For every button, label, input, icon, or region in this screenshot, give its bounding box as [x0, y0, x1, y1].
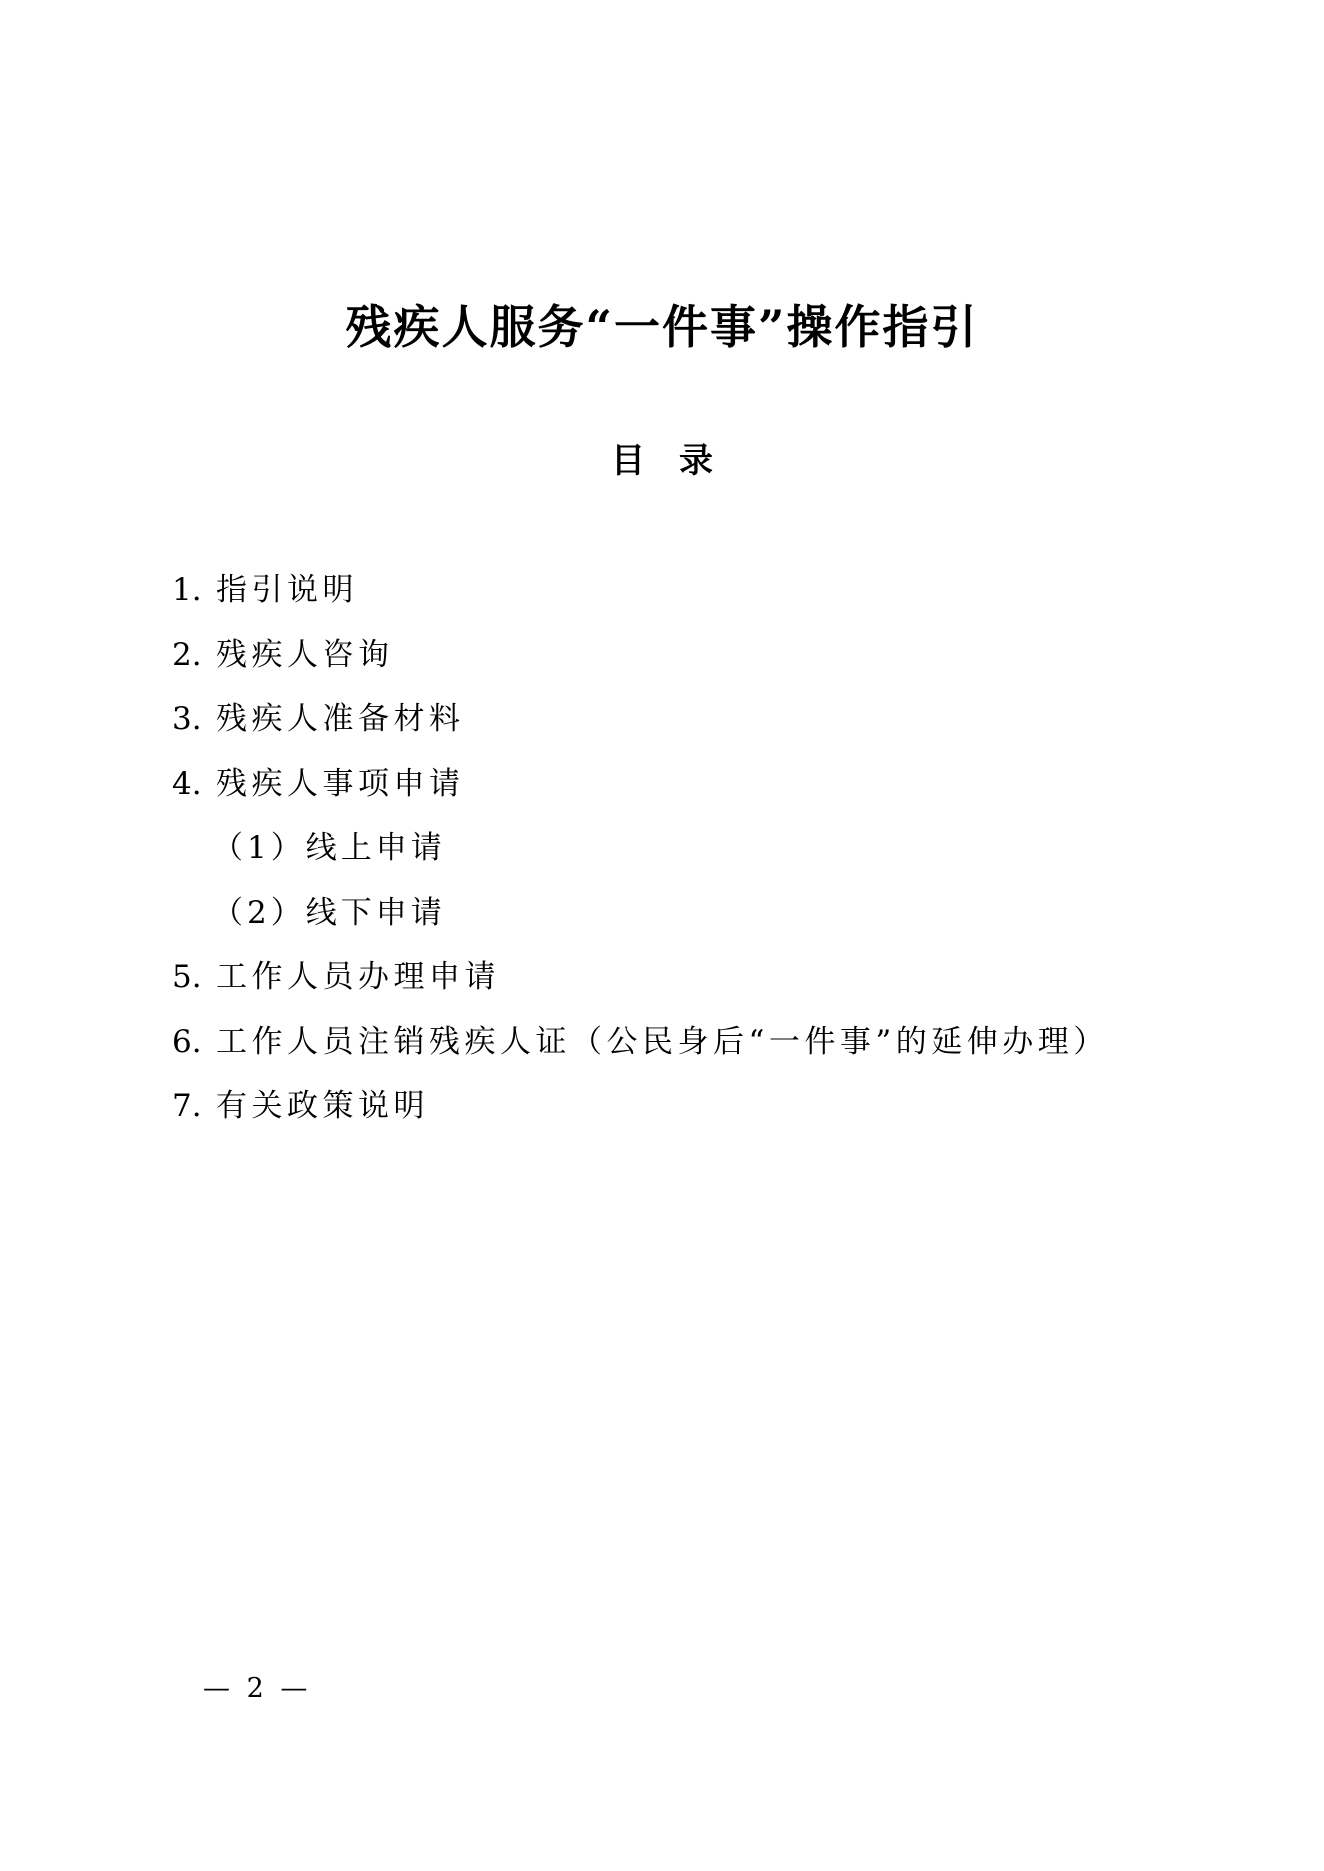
toc-item-number: 2.	[172, 623, 202, 688]
toc-item-number: 3.	[172, 687, 202, 752]
toc-list: 1.指引说明 2.残疾人咨询 3.残疾人准备材料 4.残疾人事项申请 （1）线上…	[172, 558, 1182, 1139]
page-number: — 2 —	[203, 1672, 311, 1706]
toc-item-1: 1.指引说明	[172, 558, 1182, 623]
document-page: 残疾人服务“一件事”操作指引 目 录 1.指引说明 2.残疾人咨询 3.残疾人准…	[0, 0, 1324, 1871]
toc-item-3: 3.残疾人准备材料	[172, 687, 1182, 752]
toc-item-label: 指引说明	[216, 572, 358, 608]
toc-item-6: 6.工作人员注销残疾人证（公民身后“一件事”的延伸办理）	[172, 1010, 1182, 1075]
toc-subitem-offline: （2）线下申请	[172, 881, 1182, 946]
toc-item-number: 1.	[172, 558, 202, 623]
toc-heading: 目 录	[0, 441, 1324, 481]
toc-item-label: 残疾人咨询	[216, 637, 394, 673]
toc-item-number: 4.	[172, 752, 202, 817]
toc-item-number: 6.	[172, 1010, 202, 1075]
toc-item-number: 5.	[172, 945, 202, 1010]
toc-item-2: 2.残疾人咨询	[172, 623, 1182, 688]
toc-item-label: （2）线下申请	[212, 895, 446, 931]
toc-item-label: 工作人员注销残疾人证（公民身后“一件事”的延伸办理）	[216, 1024, 1109, 1060]
toc-item-number: 7.	[172, 1074, 202, 1139]
toc-item-4: 4.残疾人事项申请	[172, 752, 1182, 817]
toc-item-label: （1）线上申请	[212, 830, 446, 866]
toc-item-label: 残疾人事项申请	[216, 766, 465, 802]
toc-item-5: 5.工作人员办理申请	[172, 945, 1182, 1010]
toc-item-label: 残疾人准备材料	[216, 701, 465, 737]
document-title: 残疾人服务“一件事”操作指引	[0, 301, 1324, 353]
toc-subitem-online: （1）线上申请	[172, 816, 1182, 881]
toc-item-label: 有关政策说明	[216, 1088, 429, 1124]
toc-item-label: 工作人员办理申请	[216, 959, 500, 995]
toc-item-7: 7.有关政策说明	[172, 1074, 1182, 1139]
